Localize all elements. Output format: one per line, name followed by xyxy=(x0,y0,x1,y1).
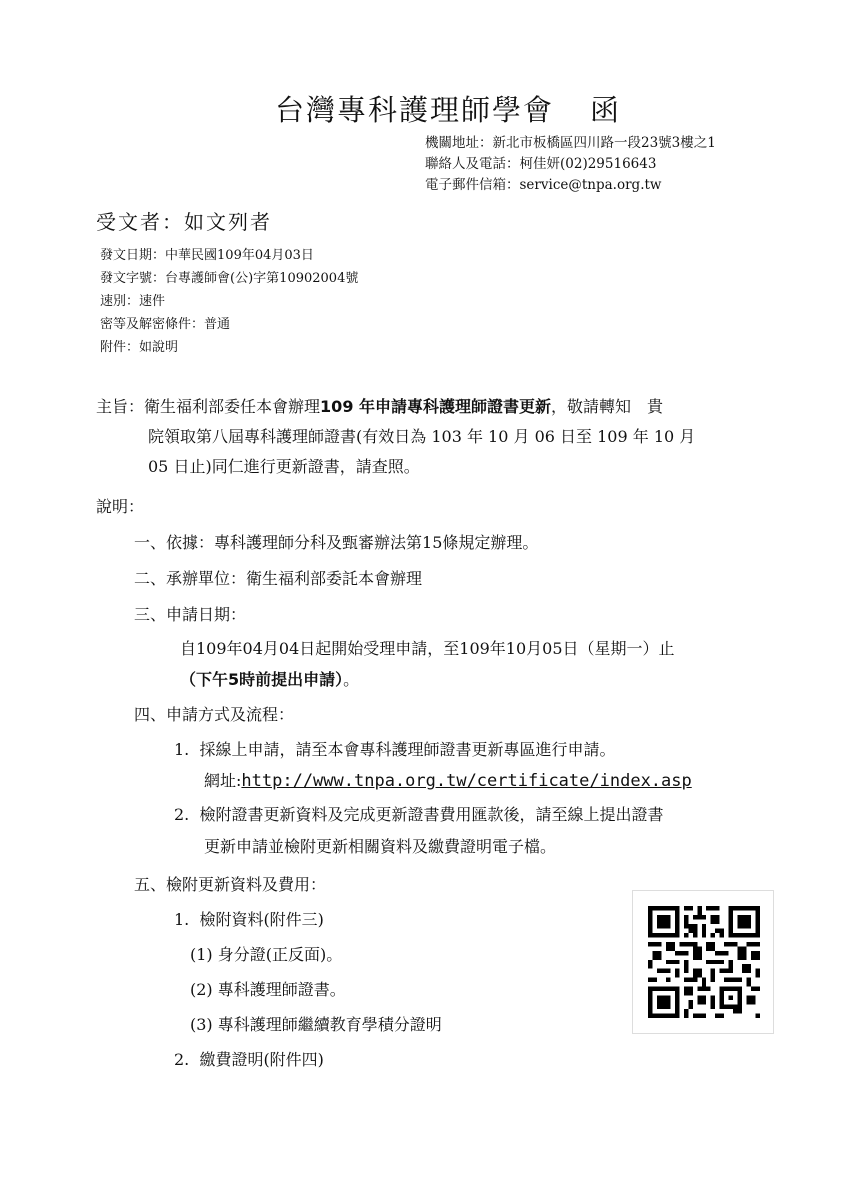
sender-address: 機關地址：新北市板橋區四川路一段23號3樓之1 xyxy=(425,133,716,154)
procedure-step-1: 1. 採線上申請，請至本會專科護理師證書更新專區進行申請。 xyxy=(174,735,615,765)
meta-date: 發文日期：中華民國109年04月03日 xyxy=(100,244,314,267)
subject: 主旨：衛生福利部委任本會辦理109 年申請專科護理師證書更新，敬請轉知 貴 院領… xyxy=(96,392,695,482)
explanation-item-2: 二、承辦單位：衛生福利部委託本會辦理 xyxy=(134,564,422,594)
email-link[interactable]: service@tnpa.org.tw xyxy=(520,177,662,193)
sender-email: 電子郵件信箱：service@tnpa.org.tw xyxy=(425,175,661,196)
certificate-url-link[interactable]: http://www.tnpa.org.tw/certificate/index… xyxy=(241,771,691,791)
explanation-item-4: 四、申請方式及流程： xyxy=(134,700,294,730)
explanation-label: 說明： xyxy=(96,492,144,522)
application-deadline: （下午5時前提出申請）。 xyxy=(180,665,359,695)
meta-security: 密等及解密條件：普通 xyxy=(100,313,230,336)
payment-proof: 2. 繳費證明(附件四) xyxy=(174,1045,324,1075)
explanation-item-1: 一、依據：專科護理師分科及甄審辦法第15條規定辦理。 xyxy=(134,528,538,558)
explanation-item-5: 五、檢附更新資料及費用： xyxy=(134,870,326,900)
attachment-doc-3: (3) 專科護理師繼續教育學積分證明 xyxy=(190,1010,442,1040)
subject-highlight: 109 年申請專科護理師證書更新 xyxy=(320,397,551,416)
procedure-url: 網址:http://www.tnpa.org.tw/certificate/in… xyxy=(204,766,692,796)
explanation-item-3: 三、申請日期： xyxy=(134,600,246,630)
qr-code[interactable] xyxy=(632,890,774,1034)
document-title: 台灣專科護理師學會函 xyxy=(275,88,621,129)
attachment-docs: 1. 檢附資料(附件三) xyxy=(174,905,324,935)
attachment-doc-1: (1) 身分證(正反面)。 xyxy=(190,940,342,970)
doc-type: 函 xyxy=(590,93,621,127)
meta-speed: 速別：速件 xyxy=(100,290,165,313)
application-period: 自109年04月04日起開始受理申請，至109年10月05日（星期一）止 xyxy=(180,634,675,664)
sender-contact: 聯絡人及電話：柯佳妍(02)29516643 xyxy=(425,154,656,175)
attachment-doc-2: (2) 專科護理師證書。 xyxy=(190,975,346,1005)
org-name: 台灣專科護理師學會 xyxy=(275,93,554,127)
procedure-step-2-cont: 更新申請並檢附更新相關資料及繳費證明電子檔。 xyxy=(204,832,556,862)
recipient: 受文者：如文列者 xyxy=(96,206,272,235)
procedure-step-2: 2. 檢附證書更新資料及完成更新證書費用匯款後，請至線上提出證書 xyxy=(174,800,663,830)
meta-attachment: 附件：如說明 xyxy=(100,336,178,359)
qr-code-icon xyxy=(648,906,760,1018)
meta-doc-number: 發文字號：台專護師會(公)字第10902004號 xyxy=(100,267,358,290)
